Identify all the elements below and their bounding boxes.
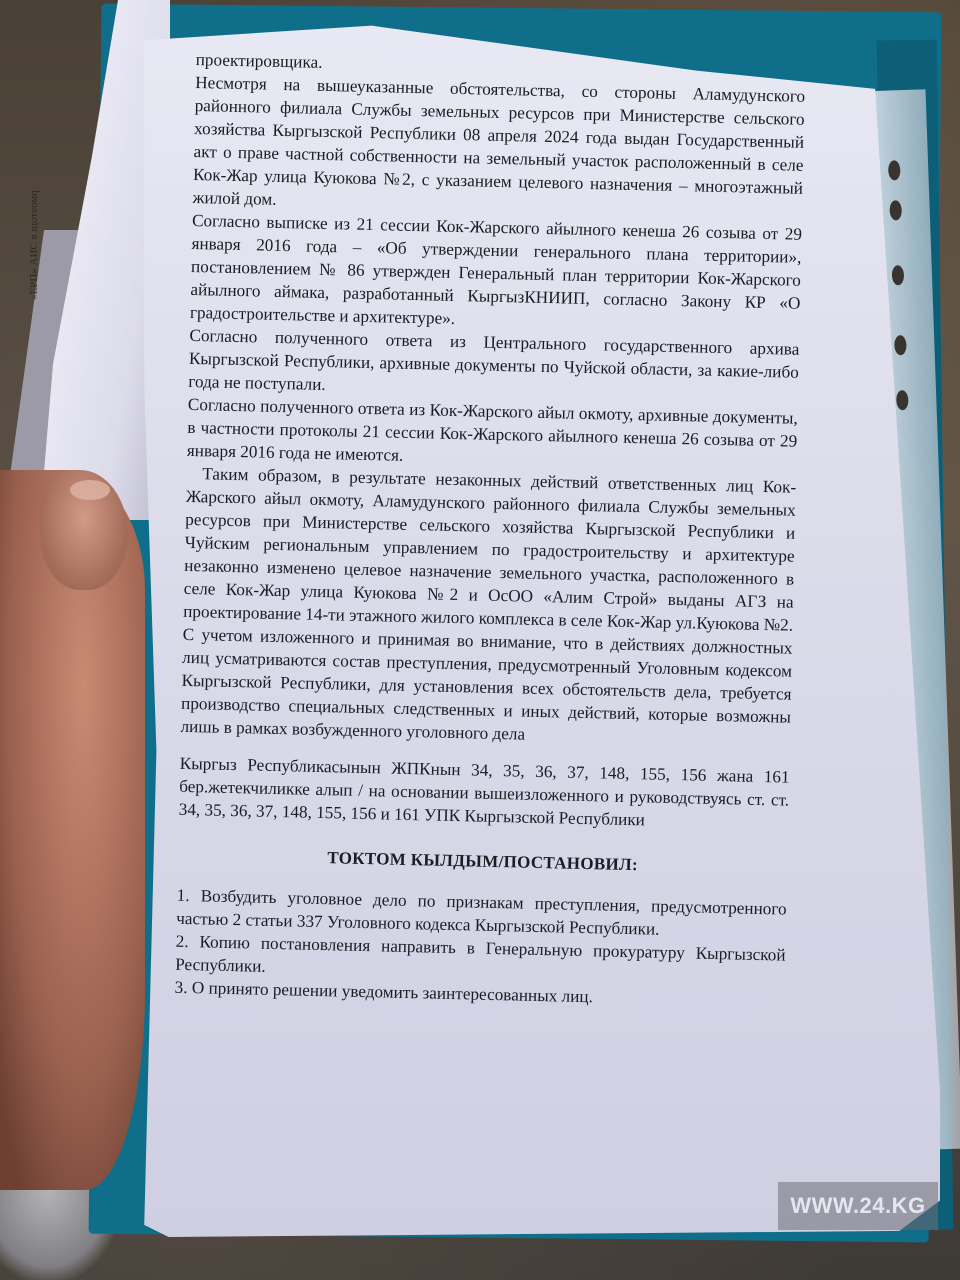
thumbnail-nail [70, 480, 110, 500]
back-sheet-text: «ЕРП» АИС в щотеомq [28, 190, 40, 300]
paragraph: Таким образом, в результате незаконных д… [183, 462, 796, 637]
punch-hole [892, 265, 905, 285]
paragraph: С учетом изложенного и принимая во внима… [180, 623, 792, 752]
resolution-heading: ТОКТОМ КЫЛДЫМ/ПОСТАНОВИЛ: [177, 843, 787, 880]
document-body: проектировщика. Несмотря на вышеуказанны… [174, 48, 805, 1013]
punch-hole [894, 335, 907, 355]
punch-hole [896, 390, 909, 410]
paragraph: Несмотря на вышеуказанные обстоятельства… [192, 71, 805, 223]
watermark: WWW.24.KG [778, 1182, 938, 1230]
legal-basis: Кыргыз Республикасынын ЖПКнын 34, 35, 36… [178, 752, 789, 835]
punch-hole [888, 160, 901, 180]
punch-hole [889, 200, 902, 220]
paragraph: Согласно выписке из 21 сессии Кок-Жарско… [190, 209, 802, 338]
